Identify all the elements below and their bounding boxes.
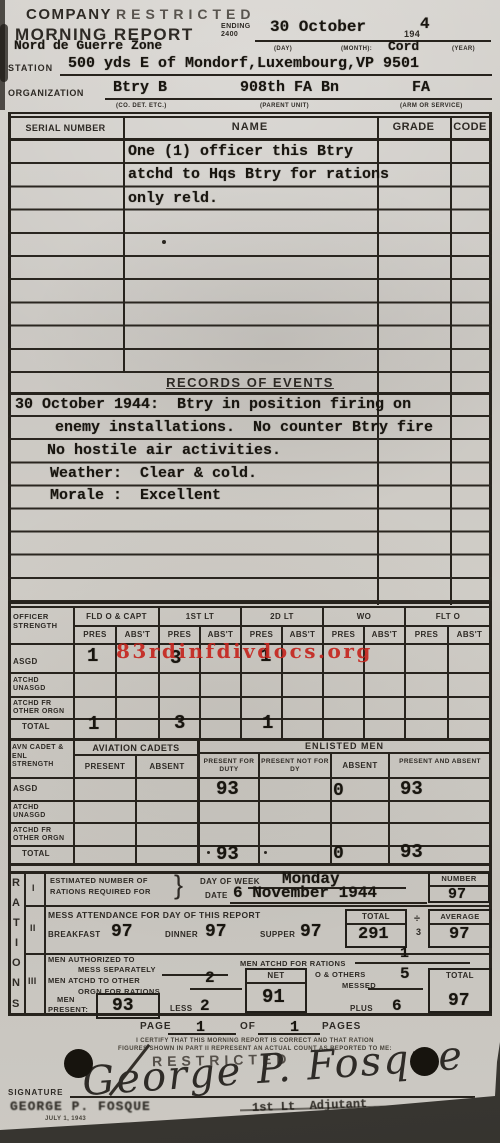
number-box-label: NUMBER [428,875,490,883]
page-label: PAGE [140,1022,172,1032]
signature-underline [70,1096,475,1098]
officer-total-1st-lt-pres: 3 [174,714,185,733]
men-authorized-label-2: MESS SEPARATELY [78,966,156,974]
enlisted-row-label-atchd-unasgd: ATCHD UNASGD [13,804,68,820]
officer-group-fld-capt: FLD O & CAPT [75,613,158,621]
estimated-rations-label-1: ESTIMATED NUMBER OF [50,877,148,885]
rations-letter: I [15,938,18,949]
organization-label: ORGANIZATION [8,89,84,98]
enlisted-row-rule [8,822,492,824]
records-entry-line: 30 October 1944: Btry in position firing… [15,397,411,412]
men-atchd-for-rations-underline [355,962,470,964]
net-label: NET [245,972,307,980]
officer-pres-header: PRES [160,631,199,639]
aviation-present-header: PRESENT [75,763,135,771]
mess-attendance-label: MESS ATTENDANCE FOR DAY OF THIS REPORT [48,911,261,920]
form-revision-date: JULY 1, 1943 [45,1116,86,1122]
supper-value: 97 [300,923,322,941]
records-bottom-rule [8,606,492,608]
enlisted-absent-header: ABSENT [332,762,388,770]
month-label: (MONTH): [341,46,372,52]
rations-top-rule [8,871,492,874]
roster-note-line: atchd to Hqs Btry for rations [128,167,389,182]
station-value: 500 yds E of Mondorf,Luxembourg,VP 9501 [68,56,419,71]
rations-date-underline [230,902,427,904]
enlisted-asgd-present-for-duty: 93 [216,780,239,799]
officer-bottom-rule [8,738,492,741]
org-unit: Btry B [113,80,167,95]
brace-glyph: } [174,872,183,899]
month-note: Cord [388,40,419,53]
mess-separately-underline [162,974,228,976]
enlisted-asgd-absent: 0 [333,782,344,800]
officer-pres-header: PRES [75,631,115,639]
year-label: (YEAR) [452,46,475,52]
enlisted-total-present-and-absent: 93 [400,843,423,862]
roster-header-code: CODE [450,122,490,133]
officer-abst-header: ABS'T [201,631,240,639]
of-label: OF [240,1022,256,1032]
records-entry-line: No hostile air activities. [47,443,281,458]
enlisted-row-rule [8,800,492,802]
officer-asgd-fld-capt-pres: 1 [87,647,98,666]
records-bottom-rule [8,601,492,604]
typed-signer-title: 1st Lt Adjutant [252,1098,368,1114]
men-atchd-other-label-1: MEN ATCHD TO OTHER [48,977,140,985]
officer-row-label-atchd-unasgd: ATCHD UNASGD [13,677,68,693]
rations-numeral-i: I [32,884,35,893]
rations-letter: N [12,978,20,989]
men-authorized-label-1: MEN AUTHORIZED TO [48,956,135,964]
net-rule [247,982,305,984]
section-double-rule [8,112,492,114]
roster-header-grade: GRADE [377,122,450,133]
arm-service-label: (ARM OR SERVICE) [400,103,463,109]
plus-label: PLUS [350,1005,373,1013]
watermark-text: 83rdinfdivdocs.org [116,639,373,663]
rations-numeral-col-divider [44,872,46,1015]
records-entry-line: Morale : Excellent [50,488,221,503]
enlisted-present-for-duty-header: PRESENT FOR DUTY [200,758,258,774]
records-title: RECORDS OF EVENTS [100,376,400,389]
officer-row-rule [8,672,492,674]
signature-label: SIGNATURE [8,1089,64,1097]
enlisted-asgd-present-and-absent: 93 [400,780,423,799]
average-value: 97 [449,926,469,943]
men-present-label-1: MEN [57,996,75,1004]
station-label: STATION [8,64,53,73]
rations-letter: R [12,878,20,889]
ending-time: 2400 [221,31,238,38]
officer-total-2d-lt-pres: 1 [262,714,273,733]
rations-letter: T [13,918,20,929]
officer-abst-header: ABS'T [283,631,322,639]
rations-letter: S [12,999,20,1010]
enlisted-total-absent: 0 [333,845,344,863]
roster-header-serial: SERIAL NUMBER [8,124,123,133]
officer-corner-label: OFFICER STRENGTH [13,612,71,630]
officer-abst-header: ABS'T [365,631,404,639]
officer-pres-header: PRES [324,631,363,639]
aviation-absent-header: ABSENT [137,763,197,771]
number-box-value: 97 [448,887,466,902]
enlisted-present-not-for-dy-header: PRESENT NOT FOR DY [260,758,330,774]
co-det-label: (CO. DET. ETC.) [116,103,167,109]
punch-hole-right [410,1047,439,1076]
company-label: COMPANY [26,7,112,22]
ending-label: ENDING [221,23,251,30]
less-label: LESS [170,1005,193,1013]
enlisted-row-label-atchd-fr-other: ATCHD FR OTHER ORGN [13,827,71,843]
report-date: 30 October [270,19,366,35]
officer-group-1st-lt: 1ST LT [160,613,240,621]
enlisted-corner-label: AVN CADET & ENL STRENGTH [12,744,70,770]
stray-ink-dot [264,851,267,854]
officer-row-label-atchd-fr-other: ATCHD FR OTHER ORGN [13,700,71,716]
divide-sign: ÷ [414,914,420,925]
net-value: 91 [262,988,285,1007]
typed-signer-name: GEORGE P. FOSQUE [10,1100,151,1113]
estimated-rations-label-2: RATIONS REQUIRED FOR [50,888,151,896]
date-underline [255,40,403,42]
officer-pres-header: PRES [242,631,281,639]
breakfast-label: BREAKFAST [48,931,101,939]
rations-numeral-iii: III [28,977,37,986]
officer-row-label-total: TOTAL [22,723,50,731]
officer-row-label-asgd: ASGD [13,658,38,666]
org-arm: FA [412,80,430,95]
records-entry-line: enemy installations. No counter Btry fir… [55,420,433,435]
average-label: AVERAGE [428,913,492,921]
roster-note-line: only reld. [128,191,218,206]
officer-abst-header: ABS'T [449,631,490,639]
rations-date-value: 6 November 1944 [233,885,377,901]
rations-letter-col-divider [24,872,26,1015]
pages-label: PAGES [322,1022,361,1032]
men-atchd-for-rations-value: 1 [400,946,409,961]
enlisted-total-present-for-duty: 93 [216,845,239,864]
enlisted-men-title: ENLISTED MEN [199,742,490,751]
men-atchd-other-underline [190,988,242,990]
organization-underline [105,98,492,100]
stray-ink-dot [162,240,166,244]
stray-ink-dot [207,851,210,854]
day-label: (DAY) [274,46,292,52]
officer-group-flt-o: FLT O [406,613,490,621]
rations-total-value: 97 [448,992,470,1010]
enlisted-bottom-rule [8,863,492,866]
officer-row-rule [8,718,492,720]
enlisted-row-label-total: TOTAL [22,850,50,858]
restricted-stamp-top: RESTRICTED [116,6,255,22]
officer-total-fld-capt-pres: 1 [88,715,99,734]
dinner-label: DINNER [165,931,198,939]
officer-abst-header: ABS'T [117,631,158,639]
men-present-value: 93 [112,997,134,1015]
officer-row-rule [8,696,492,698]
o-and-others-label-1: O & OTHERS [315,971,366,979]
men-atchd-other-value: 2 [205,970,215,986]
morning-report-sheet: COMPANY RESTRICTED MORNING REPORT Nord d… [0,0,500,1143]
enlisted-present-and-absent-header: PRESENT AND ABSENT [390,758,490,766]
year-prefix: 194 [404,30,420,39]
year-digit: 4 [420,16,430,32]
enlisted-title-rule [199,752,490,754]
mess-total-label: TOTAL [345,913,407,921]
o-and-others-value: 5 [400,966,410,982]
station-underline [60,74,492,76]
officer-pres-header: PRES [406,631,447,639]
roster-col-serial-divider [123,118,125,373]
officer-group-2d-lt: 2D LT [242,613,322,621]
mess-total-value: 291 [358,926,389,943]
aviation-cadets-title: AVIATION CADETS [75,744,197,753]
org-parent: 908th FA Bn [240,80,339,95]
divisor: 3 [416,928,421,937]
section-double-rule [8,116,492,118]
men-present-label-2: PRESENT: [48,1006,88,1014]
rations-letter: O [12,958,21,969]
roster-header-name: NAME [123,122,377,133]
zone-note: Nord de Guerre Zone [14,39,162,52]
rations-numeral-ii: II [30,924,36,933]
less-value: 2 [200,998,210,1014]
punch-hole-left [64,1049,93,1078]
page-underline [168,1033,236,1035]
records-entry-line: Weather: Clear & cold. [50,466,257,481]
enlisted-row-label-asgd: ASGD [13,785,38,793]
parent-unit-label: (PARENT UNIT) [260,103,309,109]
o-and-others-underline [368,988,423,990]
breakfast-value: 97 [111,923,133,941]
date-label: DATE [205,892,228,900]
officer-group-wo: WO [324,613,404,621]
officer-header-rule [75,625,490,627]
supper-label: SUPPER [260,931,295,939]
plus-value: 6 [392,998,402,1014]
dinner-value: 97 [205,923,227,941]
scan-edge-blotch [0,24,8,82]
roster-note-line: One (1) officer this Btry [128,144,353,159]
aviation-title-rule [75,754,198,756]
men-atchd-for-rations-label: MEN ATCHD FOR RATIONS [240,960,346,968]
rations-letter: A [12,898,20,909]
rations-row-divider [25,905,490,907]
pages-underline [258,1033,320,1035]
rations-total-label: TOTAL [428,972,492,980]
